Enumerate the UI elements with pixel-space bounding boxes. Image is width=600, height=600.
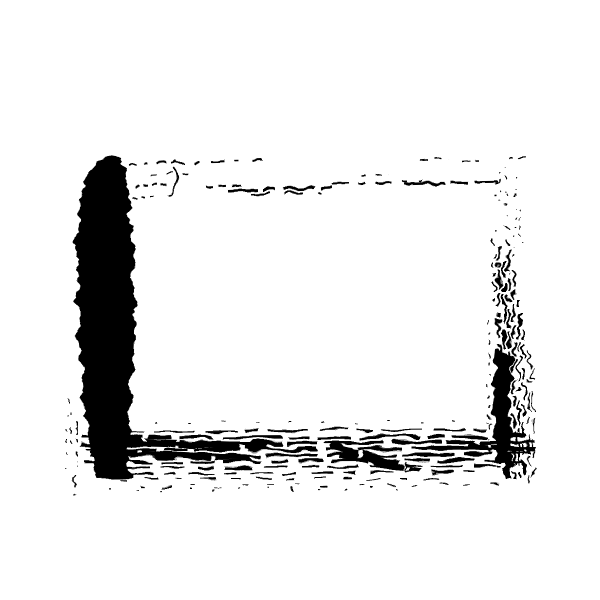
brush-mark — [493, 350, 512, 466]
canvas — [0, 0, 600, 600]
grunge-frame-graphic — [0, 0, 600, 600]
scratch-mark — [86, 448, 536, 450]
right-edge-dense-blob — [493, 350, 512, 466]
scratch-mark — [84, 436, 526, 438]
